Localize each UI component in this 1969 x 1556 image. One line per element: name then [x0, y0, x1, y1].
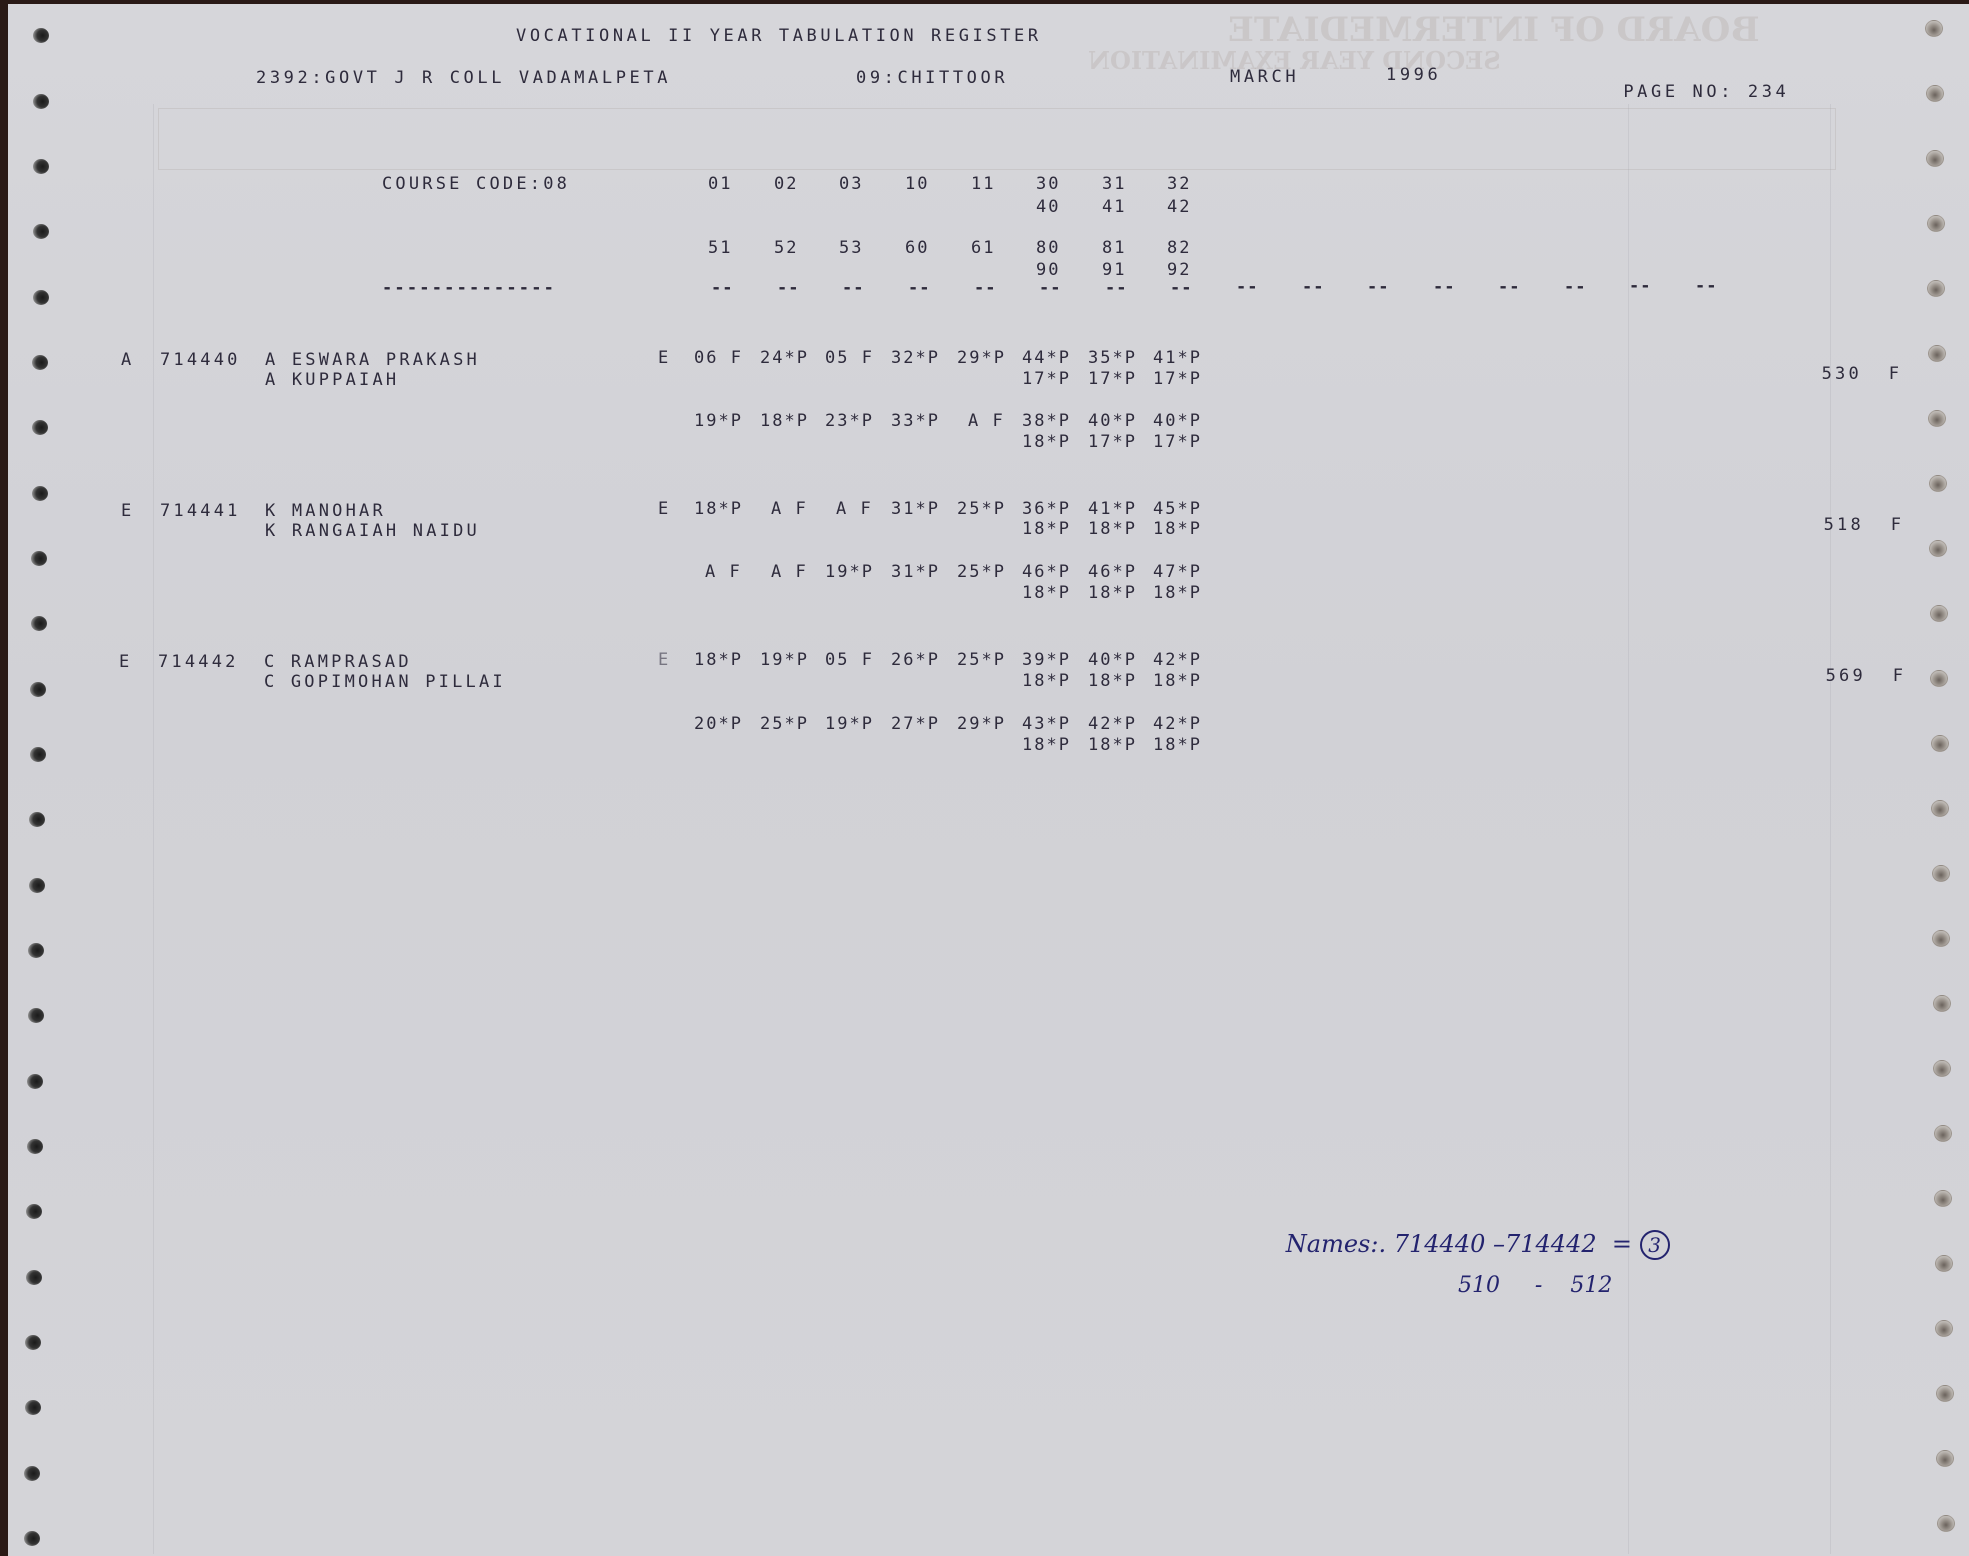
result-status: F — [1891, 515, 1904, 535]
hall-ticket-number: 714442 — [158, 652, 239, 672]
student-name: C RAMPRASAD — [264, 652, 412, 672]
district-name: 09:CHITTOOR — [856, 68, 1008, 88]
total-marks: 530 — [1822, 364, 1862, 384]
circled-count: 3 — [1640, 1230, 1670, 1260]
total-result: 569 F — [1745, 646, 1906, 706]
father-name: C GOPIMOHAN PILLAI — [264, 672, 506, 692]
father-name: K RANGAIAH NAIDU — [265, 521, 480, 541]
course-code-label: COURSE CODE:08 — [382, 174, 570, 194]
page-number: PAGE NO: 234 — [1568, 62, 1789, 122]
handwritten-line2: 510 - 512 — [1416, 1248, 1612, 1323]
medium: E — [658, 348, 671, 368]
total-marks: 569 — [1826, 666, 1866, 686]
total-marks: 518 — [1824, 515, 1864, 535]
tabulation-sheet: BOARD OF INTERMEDIATE SECOND YEAR EXAMIN… — [8, 4, 1969, 1556]
hall-ticket-number: 714441 — [160, 501, 241, 521]
college-name: 2392:GOVT J R COLL VADAMALPETA — [256, 68, 671, 88]
medium: E — [658, 650, 671, 670]
total-result: 530 F — [1741, 344, 1902, 404]
exam-month: MARCH — [1230, 67, 1299, 87]
page-value: 234 — [1748, 82, 1790, 102]
student-category: E — [121, 501, 134, 521]
student-category: E — [119, 652, 132, 672]
father-name: A KUPPAIAH — [265, 370, 399, 390]
hall-ticket-number: 714440 — [160, 350, 241, 370]
medium: E — [658, 499, 671, 519]
total-result: 518 F — [1743, 495, 1904, 555]
page-label: PAGE NO: — [1623, 82, 1734, 102]
register-title: VOCATIONAL II YEAR TABULATION REGISTER — [516, 26, 1042, 46]
student-name: A ESWARA PRAKASH — [265, 350, 480, 370]
show-through-text: BOARD OF INTERMEDIATE — [1228, 10, 1760, 50]
form-rule — [1628, 104, 1629, 1554]
result-status: F — [1889, 364, 1902, 384]
exam-year: 1996 — [1386, 65, 1441, 85]
form-rule — [1830, 104, 1831, 1554]
form-rule — [153, 104, 154, 1554]
student-name: K MANOHAR — [265, 501, 386, 521]
result-status: F — [1893, 666, 1906, 686]
student-category: A — [121, 350, 134, 370]
